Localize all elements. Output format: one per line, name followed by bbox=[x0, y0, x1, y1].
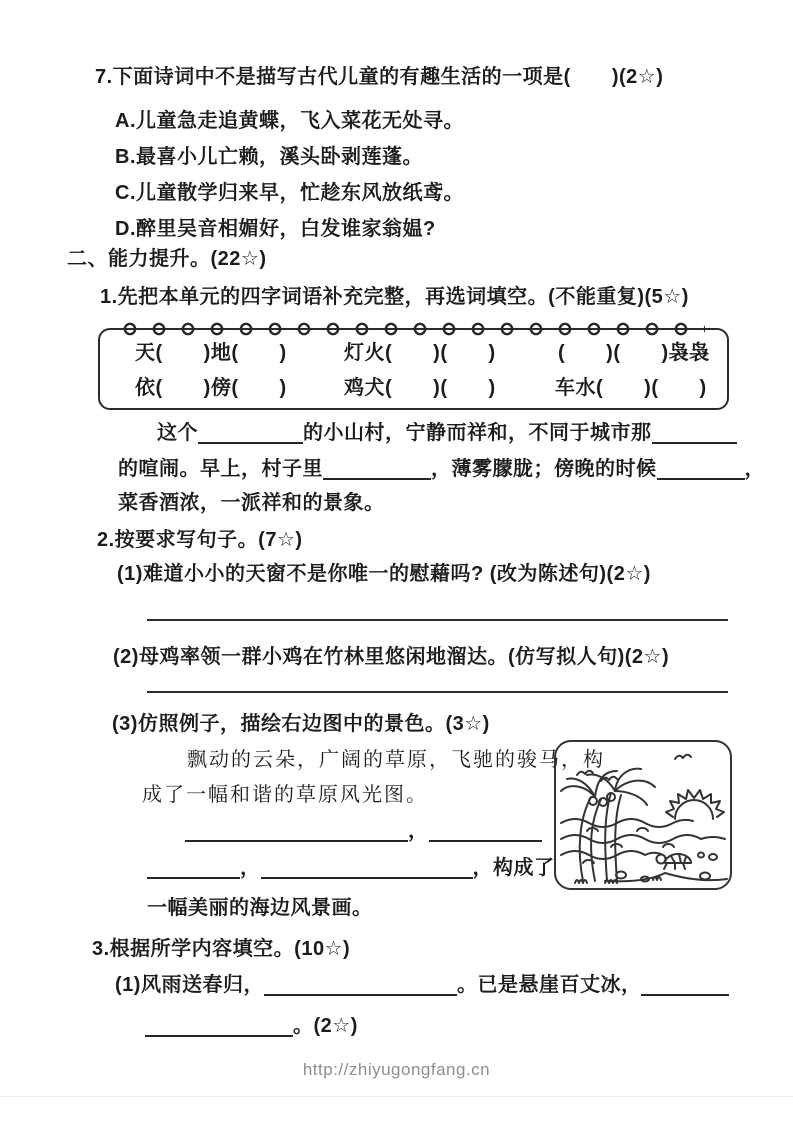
answer-blank bbox=[147, 855, 240, 879]
answer-blank bbox=[657, 456, 745, 480]
paragraph-text: 的小山村，宁静而祥和，不同于城市那 bbox=[303, 422, 652, 444]
turtle-icon bbox=[657, 854, 692, 869]
fill-paragraph-line-3: 菜香酒浓，一派祥和的景象。 bbox=[118, 490, 385, 516]
question-3-stem: 3.根据所学内容填空。(10☆) bbox=[92, 936, 350, 962]
spiral-binding-icon bbox=[122, 320, 705, 338]
answer-blank-row-1: ， bbox=[185, 818, 542, 844]
answer-blank bbox=[198, 420, 303, 444]
question-2-sub-3-stem: (3)仿照例子，描绘右边图中的景色。(3☆) bbox=[112, 711, 490, 737]
question-text: (1)风雨送春归， bbox=[115, 974, 264, 996]
word-blank-cell: ( )( )袅袅 bbox=[558, 340, 710, 366]
answer-line bbox=[147, 619, 728, 621]
question-7-option-b: B.最喜小儿亡赖，溪头卧剥莲蓬。 bbox=[115, 144, 423, 170]
question-2-stem: 2.按要求写句子。(7☆) bbox=[97, 527, 303, 553]
answer-blank bbox=[145, 1013, 293, 1037]
question-2-sub-2: (2)母鸡率领一群小鸡在竹林里悠闲地溜达。(仿写拟人句)(2☆) bbox=[113, 644, 669, 670]
word-bank-box: 天( )地( ) 灯火( )( ) ( )( )袅袅 依( )傍( ) 鸡犬( … bbox=[98, 328, 729, 410]
answer-blank bbox=[323, 456, 431, 480]
question-7-option-d: D.醉里吴音相媚好，白发谁家翁媪? bbox=[115, 216, 436, 242]
answer-blank bbox=[261, 855, 473, 879]
question-3-sub-1-line-2: 。(2☆) bbox=[145, 1013, 358, 1039]
answer-blank bbox=[641, 972, 729, 996]
footer-url: http://zhiyugongfang.cn bbox=[0, 1060, 793, 1080]
paragraph-text: 这个 bbox=[157, 422, 198, 444]
sea-waves-icon bbox=[561, 819, 725, 863]
answer-blank bbox=[264, 972, 457, 996]
separator-comma: ， bbox=[240, 857, 261, 879]
answer-blank bbox=[429, 818, 542, 842]
answer-blank bbox=[185, 818, 408, 842]
rocks-icon bbox=[616, 853, 717, 882]
word-blank-cell: 灯火( )( ) bbox=[344, 340, 496, 366]
paragraph-text: ， bbox=[745, 458, 766, 480]
word-blank-cell: 天( )地( ) bbox=[135, 340, 287, 366]
palm-trees-icon bbox=[561, 769, 655, 881]
paragraph-text: ，薄雾朦胧；傍晚的时候 bbox=[431, 458, 657, 480]
beach-illustration-svg bbox=[553, 739, 733, 891]
answer-line bbox=[147, 691, 728, 693]
question-1-stem: 1.先把本单元的四字词语补充完整，再选词填空。(不能重复)(5☆) bbox=[100, 284, 689, 310]
word-blank-cell: 鸡犬( )( ) bbox=[344, 375, 496, 401]
question-7-option-a: A.儿童急走追黄蝶，飞入菜花无处寻。 bbox=[115, 108, 464, 134]
section-2-title: 二、能力提升。(22☆) bbox=[67, 246, 267, 272]
scan-artifact-line bbox=[0, 1096, 793, 1097]
question-text: 。已是悬崖百丈冰， bbox=[457, 974, 642, 996]
fill-paragraph-line-1: 这个的小山村，宁静而祥和，不同于城市那 bbox=[157, 420, 737, 446]
closing-sentence: 一幅美丽的海边风景画。 bbox=[147, 895, 373, 921]
word-blank-cell: 依( )傍( ) bbox=[135, 375, 287, 401]
question-7-option-c: C.儿童散学归来早，忙趁东风放纸鸢。 bbox=[115, 180, 464, 206]
answer-tail-text: ，构成了 bbox=[473, 857, 555, 879]
answer-blank bbox=[652, 420, 737, 444]
paragraph-text: 的喧闹。早上，村子里 bbox=[118, 458, 323, 480]
fill-paragraph-line-2: 的喧闹。早上，村子里，薄雾朦胧；傍晚的时候， bbox=[118, 456, 765, 482]
word-blank-cell: 车水( )( ) bbox=[555, 375, 707, 401]
sun-icon bbox=[666, 790, 724, 819]
seagulls-icon bbox=[577, 755, 691, 781]
example-sentence-line-2: 成了一幅和谐的草原风光图。 bbox=[142, 782, 428, 808]
question-text: 。(2☆) bbox=[293, 1015, 358, 1037]
answer-blank-row-2: ，，构成了 bbox=[147, 855, 555, 881]
question-7-stem: 7.下面诗词中不是描写古代儿童的有趣生活的一项是( )(2☆) bbox=[95, 64, 663, 90]
question-2-sub-1: (1)难道小小的天窗不是你唯一的慰藉吗? (改为陈述句)(2☆) bbox=[117, 561, 651, 587]
beach-illustration bbox=[553, 739, 733, 897]
separator-comma: ， bbox=[408, 820, 429, 842]
example-sentence-line-1: 飘动的云朵，广阔的草原，飞驰的骏马，构 bbox=[187, 747, 605, 773]
worksheet-page: 7.下面诗词中不是描写古代儿童的有趣生活的一项是( )(2☆) A.儿童急走追黄… bbox=[0, 0, 793, 1122]
question-3-sub-1-line-1: (1)风雨送春归，。已是悬崖百丈冰， bbox=[115, 972, 729, 998]
